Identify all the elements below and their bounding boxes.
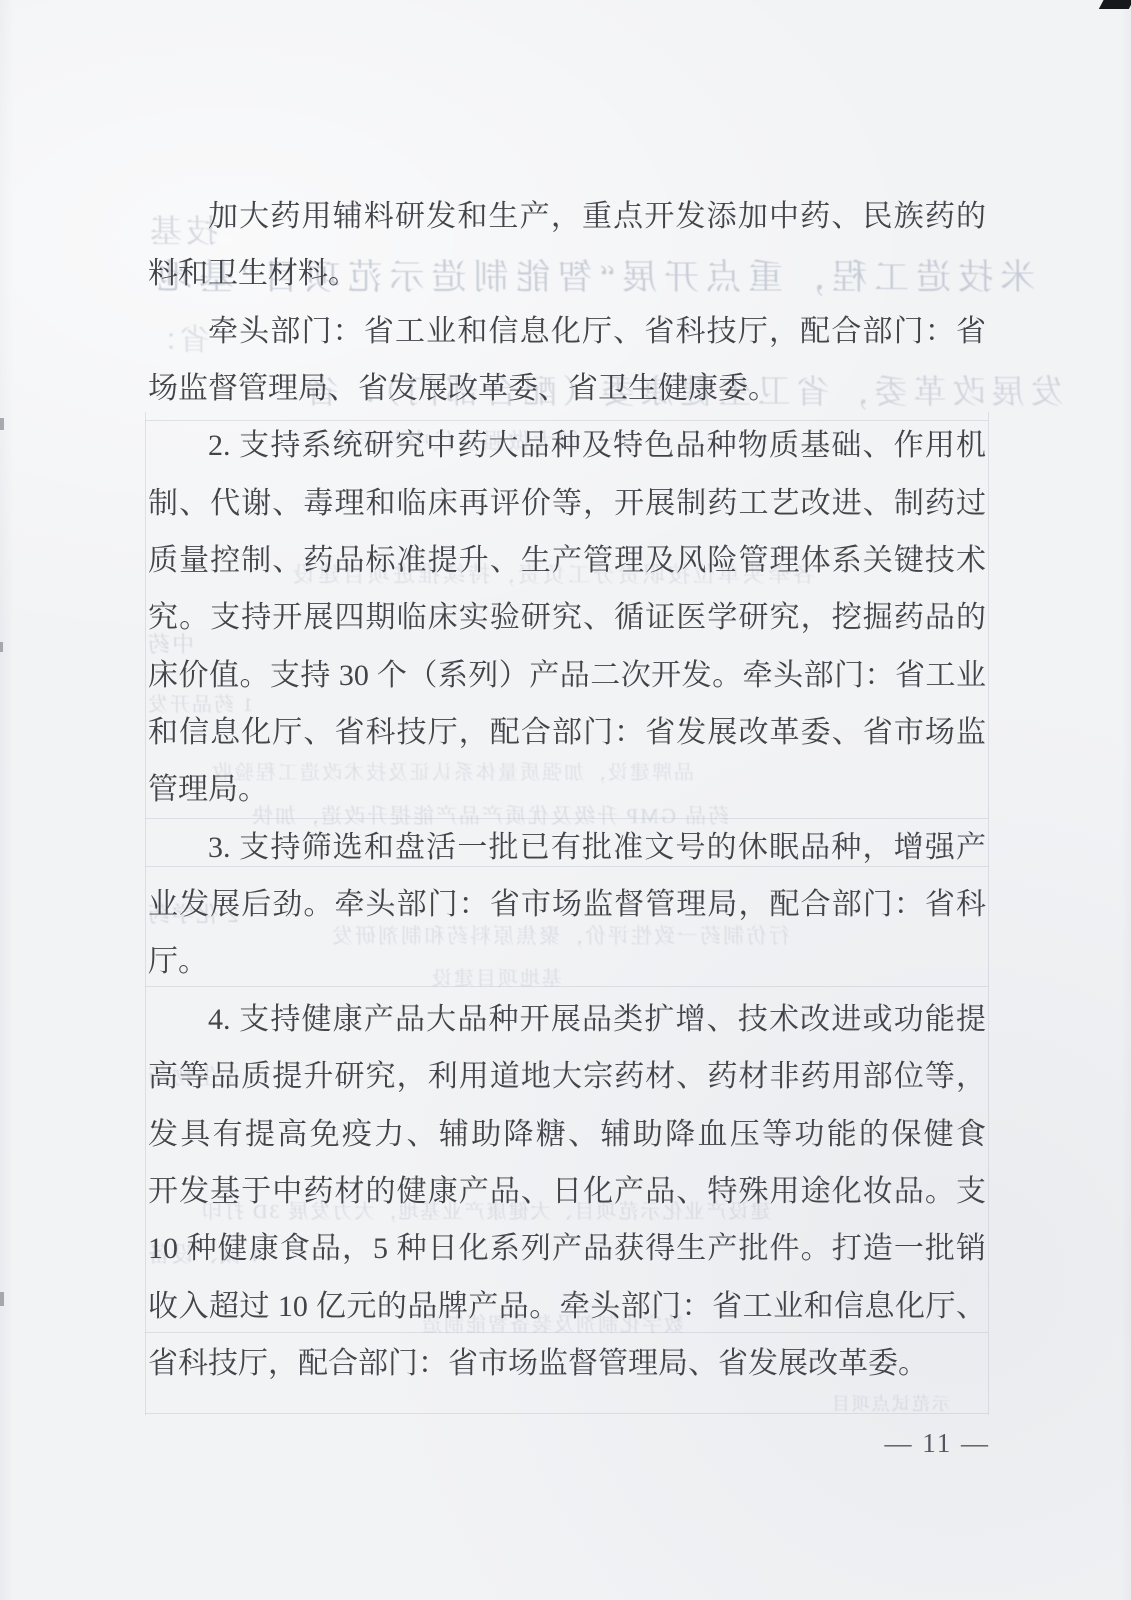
text-block: 加大药用辅料研发和生产，重点开发添加中药、民族药的敷料和卫生材料。牵头部门：省工…	[148, 188, 986, 1392]
text-line: 牵头部门：省工业和信息化厅、省科技厅，配合部门：省市	[148, 303, 986, 360]
text-line: 发具有提高免疫力、辅助降糖、辅助降血压等功能的保健食品，	[148, 1106, 986, 1163]
text-line: 4. 支持健康产品大品种开展品类扩增、技术改进或功能提	[148, 991, 986, 1048]
scan-corner-mark	[1099, 0, 1131, 9]
text-line: 场监督管理局、省发展改革委、省卫生健康委。	[148, 360, 986, 417]
scan-edge-speck	[0, 418, 4, 430]
text-line: 收入超过 10 亿元的品牌产品。牵头部门：省工业和信息化厅、	[148, 1278, 986, 1335]
scan-edge-speck	[0, 642, 3, 652]
text-line: 3. 支持筛选和盘活一批已有批准文号的休眠品种，增强产	[148, 819, 986, 876]
text-line: 业发展后劲。牵头部门：省市场监督管理局，配合部门：省科技	[148, 876, 986, 933]
bleedthrough-table-line	[145, 412, 146, 1415]
text-line: 制、代谢、毒理和临床再评价等，开展制药工艺改进、制药过程	[148, 475, 986, 532]
scan-edge-speck	[0, 1292, 4, 1306]
text-line: 究。支持开展四期临床实验研究、循证医学研究，挖掘药品的临	[148, 589, 986, 646]
document-page: 技基米技造工程，重点开展“智能制造示范项目”基地省：发展改革委，省卫生健康委（配…	[0, 0, 1131, 1600]
text-line: 省科技厅，配合部门：省市场监督管理局、省发展改革委。	[148, 1335, 986, 1392]
bleedthrough-fragment: 示范试点项目	[830, 1390, 950, 1416]
text-line: 质量控制、药品标准提升、生产管理及风险管理体系关键技术研	[148, 532, 986, 589]
text-line: 加大药用辅料研发和生产，重点开发添加中药、民族药的敷	[148, 188, 986, 245]
text-line: 高等品质提升研究，利用道地大宗药材、药材非药用部位等，研	[148, 1048, 986, 1105]
text-line: 管理局。	[148, 761, 986, 818]
text-line: 开发基于中药材的健康产品、日化产品、特殊用途化妆品。支持	[148, 1163, 986, 1220]
bleedthrough-table-line	[988, 412, 989, 1415]
text-line: 10 种健康食品，5 种日化系列产品获得生产批件。打造一批销售	[148, 1220, 986, 1277]
text-line: 床价值。支持 30 个（系列）产品二次开发。牵头部门：省工业	[148, 647, 986, 704]
page-number: — 11 —	[885, 1428, 991, 1459]
text-line: 2. 支持系统研究中药大品种及特色品种物质基础、作用机	[148, 417, 986, 474]
text-line: 厅。	[148, 933, 986, 990]
text-line: 和信息化厅、省科技厅，配合部门：省发展改革委、省市场监督	[148, 704, 986, 761]
bleedthrough-table-line	[145, 1413, 988, 1414]
text-line: 料和卫生材料。	[148, 245, 986, 302]
